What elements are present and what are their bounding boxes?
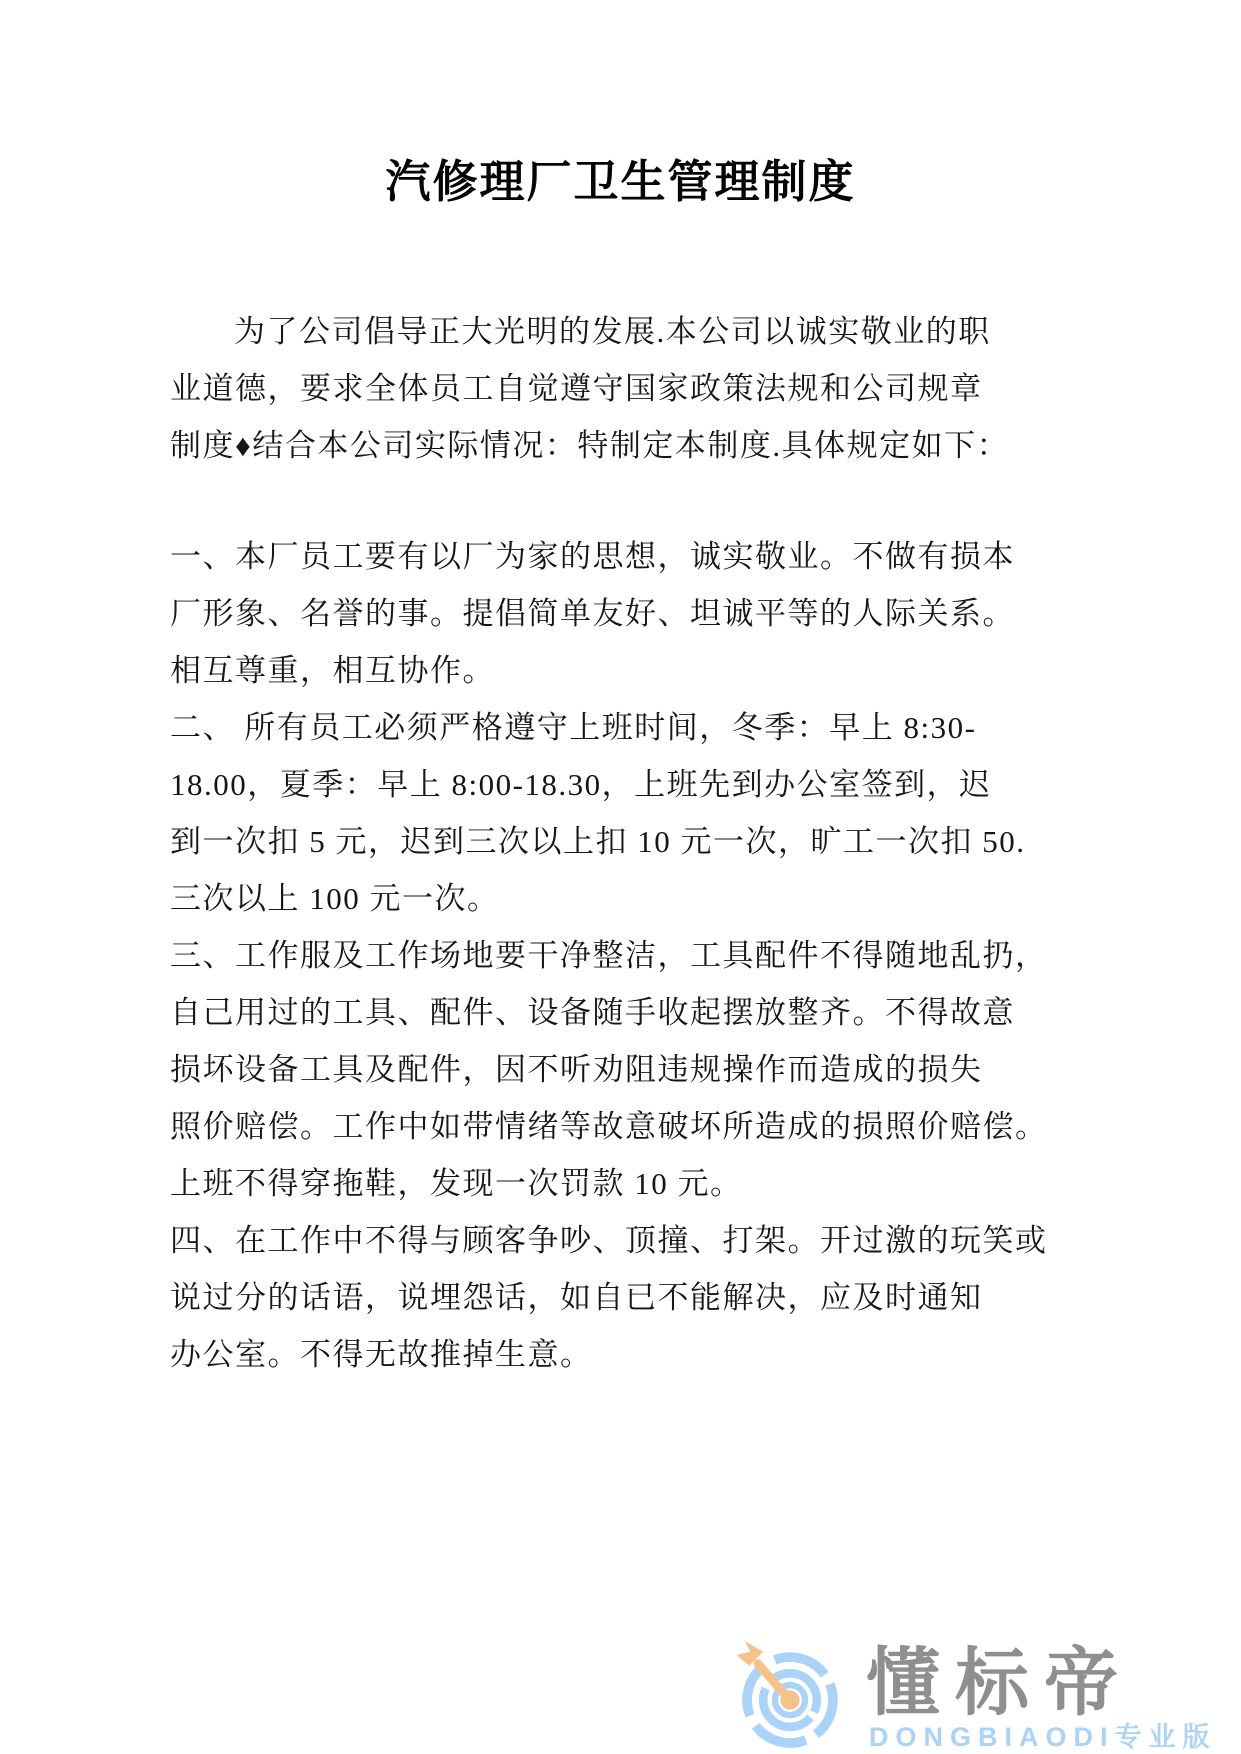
rules-paragraph: 一、本厂员工要有以厂为家的思想，诚实敬业。不做有损本 厂形象、名誉的事。提倡简单…	[170, 528, 1085, 1383]
rule-line: 一、本厂员工要有以厂为家的思想，诚实敬业。不做有损本	[170, 528, 1085, 585]
rule-line: 四、在工作中不得与顾客争吵、顶撞、打架。开过激的玩笑或	[170, 1212, 1085, 1269]
document-page: 汽修理厂卫生管理制度 为了公司倡导正大光明的发展.本公司以诚实敬业的职 业道德，…	[0, 0, 1241, 1754]
brand-subtitle: DONGBIAODI专业版	[869, 1724, 1217, 1751]
target-arrow-icon	[734, 1640, 846, 1754]
rule-line: 到一次扣 5 元，迟到三次以上扣 10 元一次，旷工一次扣 50.	[170, 813, 1085, 870]
watermark: 懂标帝 DONGBIAODI专业版	[728, 1632, 1241, 1754]
rule-line: 二、 所有员工必须严格遵守上班时间，冬季：早上 8:30-	[170, 699, 1085, 756]
brand-name: 懂标帝	[866, 1646, 1133, 1720]
rule-line: 自己用过的工具、配件、设备随手收起摆放整齐。不得故意	[170, 984, 1085, 1041]
rule-line: 18.00，夏季：早上 8:00-18.30，上班先到办公室签到，迟	[170, 756, 1085, 813]
rule-line: 损坏设备工具及配件，因不听劝阻违规操作而造成的损失	[170, 1041, 1085, 1098]
rule-line: 上班不得穿拖鞋，发现一次罚款 10 元。	[170, 1155, 1085, 1212]
rule-line: 说过分的话语，说埋怨话，如自已不能解决，应及时通知	[170, 1269, 1085, 1326]
rule-line: 办公室。不得无故推掉生意。	[170, 1326, 1085, 1383]
page-title: 汽修理厂卫生管理制度	[0, 152, 1241, 212]
rule-line: 厂形象、名誉的事。提倡简单友好、坦诚平等的人际关系。	[170, 585, 1085, 642]
intro-line: 业道德，要求全体员工自觉遵守国家政策法规和公司规章	[170, 360, 1085, 417]
rule-line: 照价赔偿。工作中如带情绪等故意破坏所造成的损照价赔偿。	[170, 1098, 1085, 1155]
intro-line: 制度♦结合本公司实际情况：特制定本制度.具体规定如下：	[170, 417, 1085, 474]
rule-line: 相互尊重，相互协作。	[170, 642, 1085, 699]
rule-line: 三次以上 100 元一次。	[170, 870, 1085, 927]
intro-paragraph: 为了公司倡导正大光明的发展.本公司以诚实敬业的职 业道德，要求全体员工自觉遵守国…	[170, 303, 1085, 474]
intro-line: 为了公司倡导正大光明的发展.本公司以诚实敬业的职	[170, 303, 1085, 360]
rule-line: 三、工作服及工作场地要干净整洁，工具配件不得随地乱扔，	[170, 927, 1085, 984]
